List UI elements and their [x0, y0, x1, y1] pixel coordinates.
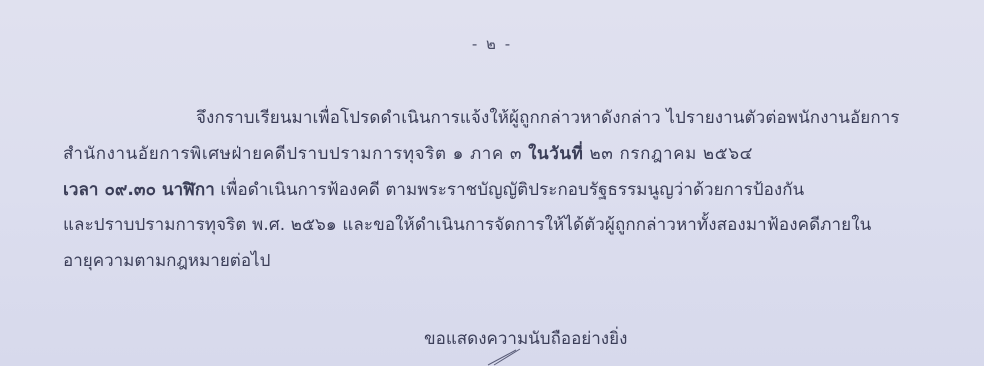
paragraph-line-4: และปราบปรามการทุจริต พ.ศ. ๒๕๖๑ และขอให้ด…: [63, 214, 871, 236]
office-name-text: สำนักงานอัยการพิเศษฝ่ายคดีปราบปรามการทุจ…: [63, 144, 528, 164]
page-number: - ๒ -: [0, 32, 984, 56]
signature-stroke-icon: [486, 346, 546, 366]
purpose-text: เพื่อดำเนินการฟ้องคดี ตามพระราชบัญญัติปร…: [215, 180, 804, 200]
paragraph-line-5: อายุความตามกฎหมายต่อไป: [63, 250, 270, 272]
paragraph-line-3: เวลา ๐๙.๓๐ นาฬิกา เพื่อดำเนินการฟ้องคดี …: [63, 179, 804, 201]
paragraph-line-1: จึงกราบเรียนมาเพื่อโปรดดำเนินการแจ้งให้ผ…: [196, 107, 900, 129]
date-label: ในวันที่: [528, 144, 583, 164]
paragraph-line-2: สำนักงานอัยการพิเศษฝ่ายคดีปราบปรามการทุจ…: [63, 143, 753, 165]
time-text: เวลา ๐๙.๓๐ นาฬิกา: [63, 180, 215, 200]
date-value: ๒๓ กรกฎาคม ๒๕๖๔: [583, 144, 753, 164]
